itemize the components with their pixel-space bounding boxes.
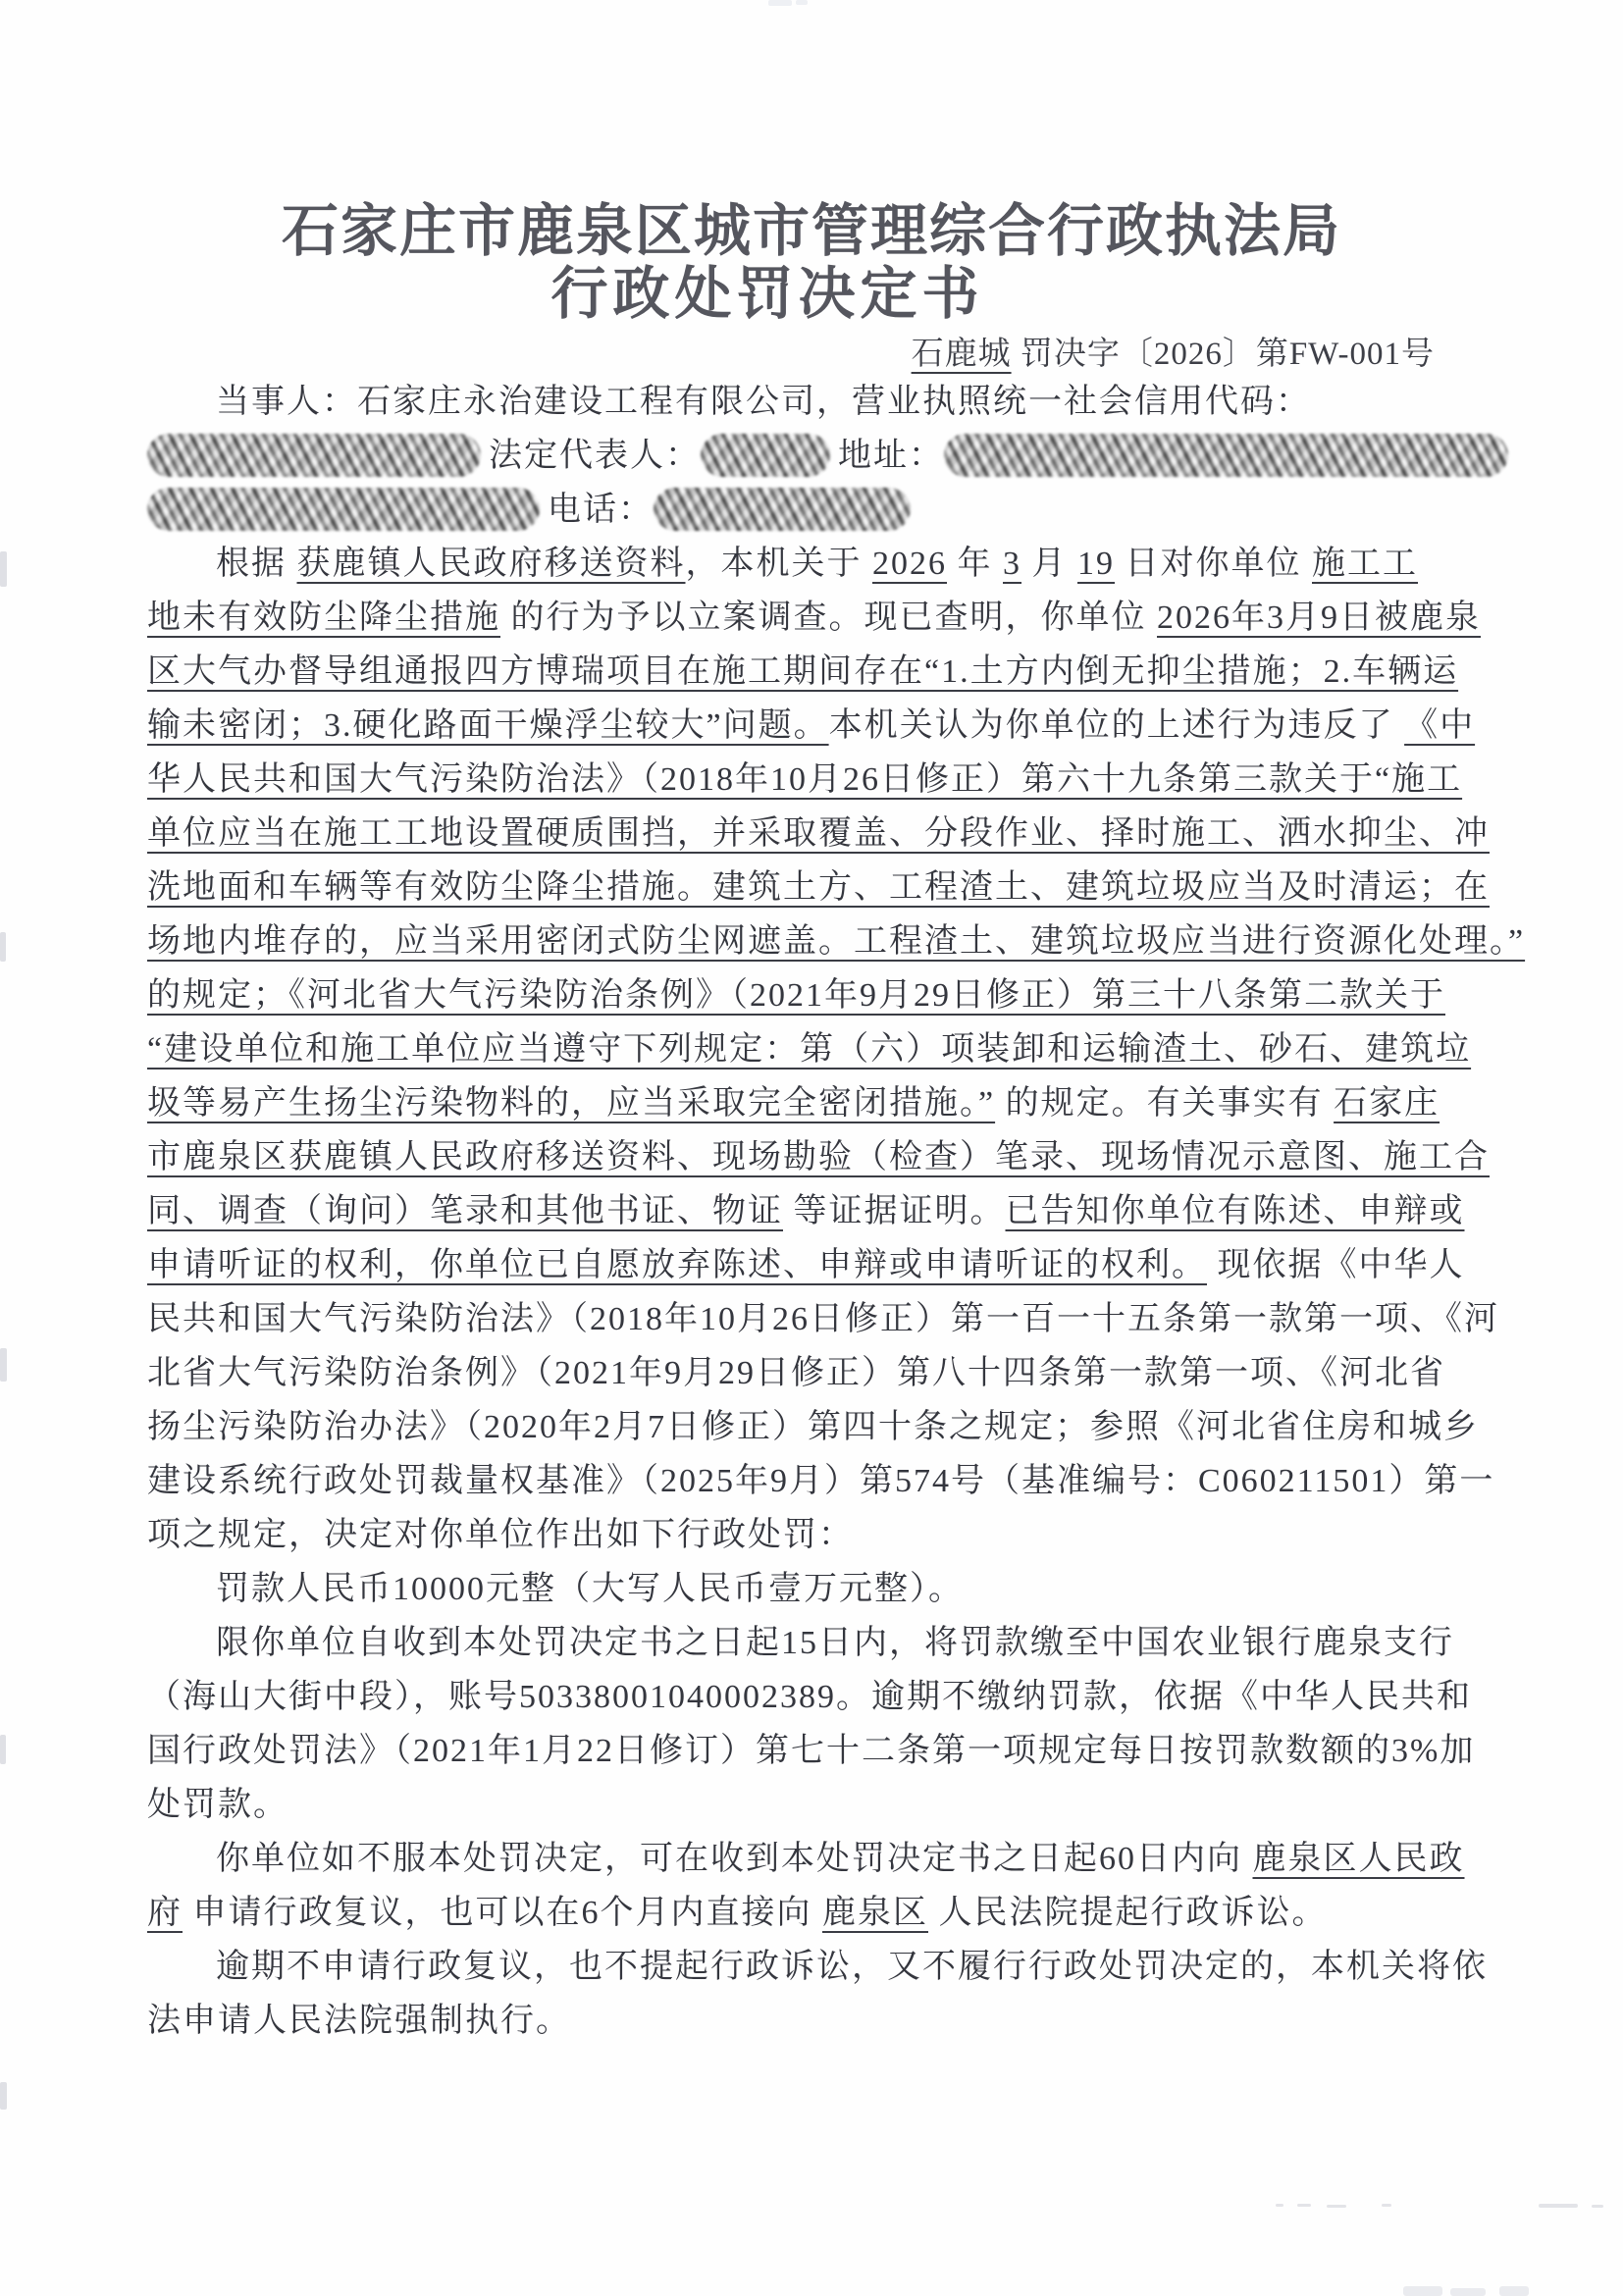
body-line: 洗地面和车辆等有效防尘降尘措施。建筑土方、工程渣土、建筑垃圾应当及时清运；在 (147, 861, 1521, 914)
body-line: 区大气办督导组通报四方博瑞项目在施工期间存在“1.土方内倒无抑尘措施；2.车辆运 (147, 645, 1521, 699)
body-line: 单位应当在施工工地设置硬质围挡，并采取覆盖、分段作业、择时施工、洒水抑尘、冲 (147, 807, 1521, 861)
doc-number-prefix: 石鹿城 (912, 337, 1012, 372)
text-segment: 的行为予以立案调查。现已查明，你单位 (500, 600, 1157, 636)
document-lines: 当事人：石家庄永治建设工程有限公司，营业执照统一社会信用代码：法定代表人：地址：… (147, 375, 1521, 2048)
filled-blank-text: 输未密闭；3.硬化路面干燥浮尘较大”问题。 (147, 707, 829, 744)
payment-line: （海山大街中段），账号50338001040002389。逾期不缴纳罚款，依据《… (147, 1670, 1521, 1724)
filled-blank-text: 洗地面和车辆等有效防尘降尘措施。建筑土方、工程渣土、建筑垃圾应当及时清运；在 (147, 869, 1490, 906)
redaction-blob (147, 434, 481, 477)
body-line: 项之规定，决定对你单位作出如下行政处罚： (147, 1508, 1521, 1562)
filled-blank-text: 3 (1003, 546, 1021, 582)
filled-blank-text: 石家庄 (1334, 1085, 1440, 1122)
scan-speck (1327, 2205, 1346, 2208)
filled-blank-text: 获鹿镇人民政府移送资料 (297, 546, 686, 582)
filled-blank-text: 鹿泉区人民政 (1253, 1841, 1465, 1877)
scan-speck (1276, 2204, 1283, 2207)
doc-number: 石鹿城 罚决字〔2026〕第FW-001号 (912, 328, 1435, 374)
payment-line: 限你单位自收到本处罚决定书之日起15日内，将罚款缴至中国农业银行鹿泉支行 (147, 1616, 1521, 1670)
text-segment: 你单位如不服本处罚决定，可在收到本处罚决定书之日起60日内向 (216, 1841, 1253, 1877)
text-segment: 限你单位自收到本处罚决定书之日起15日内，将罚款缴至中国农业银行鹿泉支行 (216, 1625, 1454, 1661)
scan-fragment-bottom (1450, 2288, 1486, 2296)
party-line: 法定代表人：地址： (147, 429, 1521, 483)
body-line: 场地内堆存的，应当采用密闭式防尘网遮盖。工程渣土、建筑垃圾应当进行资源化处理。” (147, 914, 1521, 968)
document-title: 行政处罚决定书 (0, 247, 1579, 330)
body-line: 的规定；《河北省大气污染防治条例》（2021年9月29日修正）第三十八条第二款关… (147, 968, 1521, 1022)
scan-mark-left-edge (0, 1735, 6, 1764)
filled-blank-text: 2026年3月9日被鹿泉 (1157, 600, 1481, 636)
appeal-line: 你单位如不服本处罚决定，可在收到本处罚决定书之日起60日内向 鹿泉区人民政 (147, 1832, 1521, 1886)
text-segment: 逾期不申请行政复议，也不提起行政诉讼，又不履行行政处罚决定的，本机关将依 (216, 1949, 1488, 1985)
text-segment: 根据 (216, 546, 297, 582)
scan-speck (1539, 2204, 1578, 2208)
text-segment: 年 (947, 546, 1003, 582)
text-segment: 当事人：石家庄永治建设工程有限公司，营业执照统一社会信用代码： (216, 384, 1311, 420)
filled-blank-text: 地未有效防尘降尘措施 (147, 600, 500, 636)
body-line: 民共和国大气污染防治法》（2018年10月26日修正）第一百一十五条第一款第一项… (147, 1292, 1521, 1346)
scan-fragment-bottom (1403, 2286, 1442, 2296)
scan-speck (1382, 2204, 1391, 2207)
body-line: 地未有效防尘降尘措施 的行为予以立案调查。现已查明，你单位 2026年3月9日被… (147, 591, 1521, 645)
filled-blank-text: 场地内堆存的，应当采用密闭式防尘网遮盖。工程渣土、建筑垃圾应当进行资源化处理。” (147, 923, 1525, 960)
body-line: 华人民共和国大气污染防治法》（2018年10月26日修正）第六十九条第三款关于“… (147, 753, 1521, 807)
text-segment: 项之规定，决定对你单位作出如下行政处罚： (147, 1517, 854, 1553)
text-segment: 地址： (838, 438, 944, 474)
filled-blank-text: 的规定；《河北省大气污染防治条例》（2021年9月29日修正）第三十八条第二款关… (147, 977, 1445, 1014)
redaction-blob (654, 488, 911, 531)
scan-mark-left-edge (0, 551, 7, 587)
filled-blank-text: 2026 (872, 546, 947, 582)
body-line: 扬尘污染防治办法》（2020年2月7日修正）第四十条之规定；参照《河北省住房和城… (147, 1400, 1521, 1454)
redaction-blob (944, 434, 1508, 477)
appeal-line: 府 申请行政复议，也可以在6个月内直接向 鹿泉区 人民法院提起行政诉讼。 (147, 1886, 1521, 1940)
redaction-blob (701, 434, 830, 477)
filled-blank-text: 鹿泉区 (822, 1895, 928, 1931)
text-segment: ，本机关于 (686, 546, 873, 582)
filled-blank-text: 单位应当在施工工地设置硬质围挡，并采取覆盖、分段作业、择时施工、洒水抑尘、冲 (147, 815, 1490, 852)
text-segment: 日对你单位 (1115, 546, 1312, 582)
filled-blank-text: 19 (1077, 546, 1115, 582)
text-segment: 电话： (548, 492, 654, 528)
scan-smudge-top (796, 0, 808, 5)
text-segment: 等证据证明。 (783, 1193, 1006, 1229)
enforcement-line: 法申请人民法院强制执行。 (147, 1994, 1521, 2048)
filled-blank-text: 《中 (1404, 707, 1475, 744)
text-segment: 法定代表人： (489, 438, 701, 474)
filled-blank-text: 府 (147, 1895, 183, 1931)
scan-speck (1297, 2204, 1311, 2207)
text-segment: 处罚款。 (147, 1787, 288, 1823)
text-segment: 本机关认为你单位的上述行为违反了 (829, 707, 1405, 744)
scan-speck (1592, 2205, 1603, 2208)
payment-line: 国行政处罚法》（2021年1月22日修订）第七十二条第一项规定每日按罚款数额的3… (147, 1724, 1521, 1778)
text-segment: 国行政处罚法》（2021年1月22日修订）第七十二条第一项规定每日按罚款数额的3… (147, 1733, 1475, 1769)
text-segment: 罚款人民币10000元整（大写人民币壹万元整）。 (216, 1571, 964, 1607)
redaction-blob (147, 488, 540, 531)
filled-blank-text: 区大气办督导组通报四方博瑞项目在施工期间存在“1.土方内倒无抑尘措施；2.车辆运 (147, 653, 1458, 690)
text-segment: 建设系统行政处罚裁量权基准》（2025年9月）第574号（基准编号：C06021… (147, 1463, 1494, 1499)
body-line: 圾等易产生扬尘污染物料的，应当采取完全密闭措施。” 的规定。有关事实有 石家庄 (147, 1076, 1521, 1130)
filled-blank-text: 市鹿泉区获鹿镇人民政府移送资料、现场勘验（检查）笔录、现场情况示意图、施工合 (147, 1139, 1490, 1175)
text-segment: 北省大气污染防治条例》（2021年9月29日修正）第八十四条第一款第一项、《河北… (147, 1355, 1445, 1391)
body-line: 同、调查（询问）笔录和其他书证、物证 等证据证明。已告知你单位有陈述、申辩或 (147, 1184, 1521, 1238)
filled-blank-text: 施工工 (1312, 546, 1418, 582)
scanned-document-page: { "document_kind": "行政处罚决定书（扫描件）", "colo… (0, 0, 1623, 2296)
text-segment: 现依据《中华人 (1207, 1247, 1465, 1283)
filled-blank-text: 同、调查（询问）笔录和其他书证、物证 (147, 1193, 783, 1229)
enforcement-line: 逾期不申请行政复议，也不提起行政诉讼，又不履行行政处罚决定的，本机关将依 (147, 1940, 1521, 1994)
scan-mark-left-edge (0, 2082, 7, 2110)
text-segment: 民共和国大气污染防治法》（2018年10月26日修正）第一百一十五条第一款第一项… (147, 1301, 1499, 1337)
payment-line: 处罚款。 (147, 1778, 1521, 1832)
text-segment: 的规定。有关事实有 (995, 1085, 1334, 1122)
filled-blank-text: “建设单位和施工单位应当遵守下列规定：第（六）项装卸和运输渣土、砂石、建筑垃 (147, 1031, 1471, 1068)
text-segment: 月 (1021, 546, 1077, 582)
party-line: 当事人：石家庄永治建设工程有限公司，营业执照统一社会信用代码： (147, 375, 1521, 429)
text-segment: 人民法院提起行政诉讼。 (928, 1895, 1328, 1931)
filled-blank-text: 华人民共和国大气污染防治法》（2018年10月26日修正）第六十九条第三款关于“… (147, 761, 1462, 798)
filled-blank-text: 已告知你单位有陈述、申辩或 (1006, 1193, 1465, 1229)
doc-number-rest: 罚决字〔2026〕第FW-001号 (1012, 337, 1435, 372)
scan-smudge-top (768, 0, 792, 6)
body-line: 北省大气污染防治条例》（2021年9月29日修正）第八十四条第一款第一项、《河北… (147, 1346, 1521, 1400)
text-segment: 法申请人民法院强制执行。 (147, 2003, 571, 2039)
scan-fragment-bottom (1499, 2286, 1529, 2296)
body-line: 建设系统行政处罚裁量权基准》（2025年9月）第574号（基准编号：C06021… (147, 1454, 1521, 1508)
body-line: 输未密闭；3.硬化路面干燥浮尘较大”问题。本机关认为你单位的上述行为违反了 《中 (147, 699, 1521, 753)
body-line: “建设单位和施工单位应当遵守下列规定：第（六）项装卸和运输渣土、砂石、建筑垃 (147, 1022, 1521, 1076)
scan-mark-left-edge (0, 1348, 7, 1382)
party-line: 电话： (147, 483, 1521, 537)
filled-blank-text: 圾等易产生扬尘污染物料的，应当采取完全密闭措施。” (147, 1085, 995, 1122)
text-segment: 申请行政复议，也可以在6个月内直接向 (183, 1895, 822, 1931)
scan-mark-left-edge (0, 932, 6, 962)
text-segment: （海山大街中段），账号50338001040002389。逾期不缴纳罚款，依据《… (147, 1679, 1472, 1715)
penalty-line: 罚款人民币10000元整（大写人民币壹万元整）。 (147, 1562, 1521, 1616)
body-line: 申请听证的权利，你单位已自愿放弃陈述、申辩或申请听证的权利。 现依据《中华人 (147, 1238, 1521, 1292)
body-line: 市鹿泉区获鹿镇人民政府移送资料、现场勘验（检查）笔录、现场情况示意图、施工合 (147, 1130, 1521, 1184)
text-segment: 扬尘污染防治办法》（2020年2月7日修正）第四十条之规定；参照《河北省住房和城… (147, 1409, 1479, 1445)
body-line: 根据 获鹿镇人民政府移送资料，本机关于 2026 年 3 月 19 日对你单位 … (147, 537, 1521, 591)
filled-blank-text: 申请听证的权利，你单位已自愿放弃陈述、申辩或申请听证的权利。 (147, 1247, 1207, 1283)
